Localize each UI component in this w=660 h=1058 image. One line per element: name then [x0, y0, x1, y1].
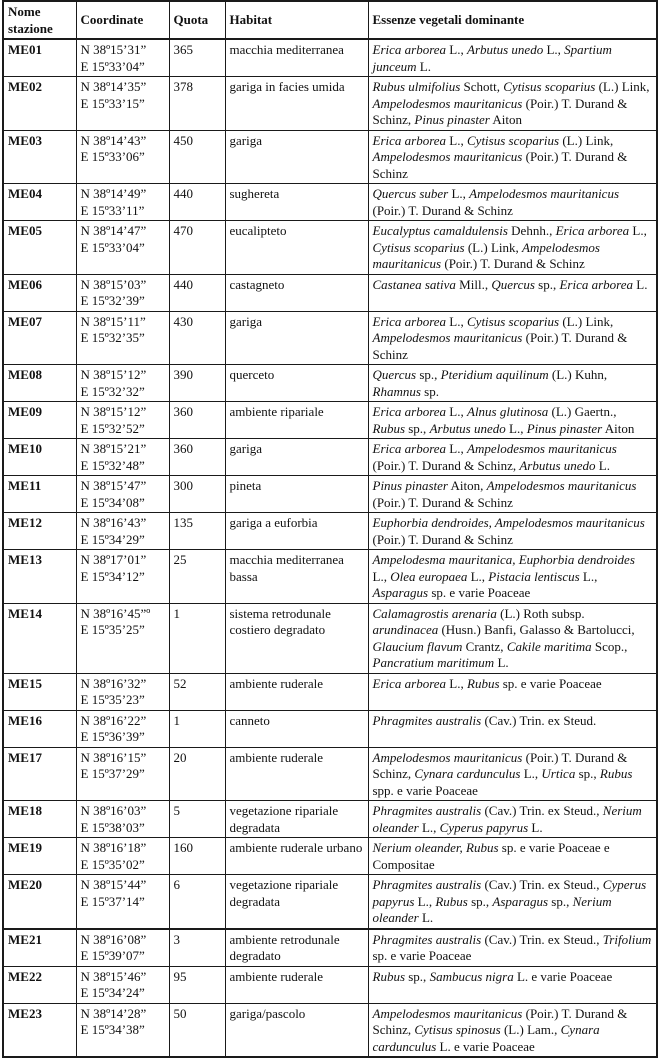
station-id: ME17 [3, 747, 76, 801]
station-habitat: ambiente ruderale [225, 673, 368, 710]
station-essenze: Euphorbia dendroides, Ampelodesmos mauri… [368, 513, 657, 550]
longitude: E 15º32’52” [81, 421, 145, 436]
longitude: E 15º33’06” [81, 149, 145, 164]
species-name: Ampelodesmos mauritanicus [487, 478, 637, 493]
longitude: E 15º33’11” [81, 203, 145, 218]
species-name: Arbutus unedo [519, 458, 595, 473]
latitude: N 38º15’11” [81, 314, 146, 329]
station-quota: 470 [169, 221, 225, 275]
station-id: ME08 [3, 365, 76, 402]
station-quota: 5 [169, 801, 225, 838]
station-id: ME20 [3, 875, 76, 929]
station-quota: 440 [169, 184, 225, 221]
station-quota: 360 [169, 402, 225, 439]
station-habitat: macchia mediterranea bassa [225, 550, 368, 604]
station-coordinates: N 38º16’43”E 15º34’29” [76, 513, 169, 550]
station-id: ME04 [3, 184, 76, 221]
station-habitat: ambiente ripariale [225, 402, 368, 439]
station-id: ME11 [3, 476, 76, 513]
stations-table: Nome stazione Coordinate Quota Habitat E… [2, 0, 658, 1026]
table-row: ME09 N 38º15’12”E 15º32’52” 360 ambiente… [3, 402, 657, 439]
species-name: Phragmites australis [373, 932, 482, 947]
station-essenze: Phragmites australis (Cav.) Trin. ex Ste… [368, 801, 657, 838]
species-name: Euphorbia dendroides, Ampelodesmos mauri… [373, 515, 645, 530]
station-habitat: gariga a euforbia [225, 513, 368, 550]
station-id: ME13 [3, 550, 76, 604]
station-coordinates: N 38º15’12”E 15º32’32” [76, 365, 169, 402]
station-habitat: vegetazione ripariale degradata [225, 801, 368, 838]
station-coordinates: N 38º16’08”E 15º39’07” [76, 929, 169, 967]
species-name: Rubus ulmifolius [373, 79, 461, 94]
latitude: N 38º15’46” [81, 969, 147, 984]
station-id: ME18 [3, 801, 76, 838]
species-name: Pinus pinaster [373, 478, 448, 493]
species-name: Asparagus [373, 585, 429, 600]
longitude: E 15º34’08” [81, 495, 145, 510]
station-habitat: eucalipteto [225, 221, 368, 275]
station-coordinates: N 38º16’22”E 15º36’39” [76, 710, 169, 747]
station-essenze: Castanea sativa Mill., Quercus sp., Eric… [368, 274, 657, 311]
species-name: Arbutus unedo [430, 421, 506, 436]
longitude: E 15º36’39” [81, 729, 145, 744]
species-name: Asparagus [492, 894, 548, 909]
station-quota: 1 [169, 710, 225, 747]
station-coordinates: N 38º17’01”E 15º34’12” [76, 550, 169, 604]
species-name: Erica arborea [373, 42, 447, 57]
latitude: N 38º16’08” [81, 932, 147, 947]
station-essenze: Erica arborea L., Arbutus unedo L., Spar… [368, 39, 657, 77]
species-name: Ampelodesma mauritanica, Euphorbia dendr… [373, 552, 635, 567]
latitude: N 38º15’47” [81, 478, 147, 493]
station-essenze: Calamagrostis arenaria (L.) Roth subsp. … [368, 603, 657, 673]
station-id: ME15 [3, 673, 76, 710]
station-coordinates: N 38º16’32”E 15º35’23” [76, 673, 169, 710]
longitude: E 15º34’24” [81, 985, 145, 1000]
longitude: E 15º32’48” [81, 458, 145, 473]
species-name: Quercus suber [373, 186, 449, 201]
latitude: N 38º16’32” [81, 676, 147, 691]
station-quota: 365 [169, 39, 225, 77]
species-name: Ampelodesmos mauritanicus [373, 149, 523, 164]
species-name: Nerium oleander, Rubus [373, 840, 499, 855]
station-essenze: Rubus sp., Sambucus nigra L. e varie Poa… [368, 966, 657, 1003]
table-row: ME18 N 38º16’03”E 15º38’03” 5 vegetazion… [3, 801, 657, 838]
table-row: ME17 N 38º16’15”E 15º37’29” 20 ambiente … [3, 747, 657, 801]
station-coordinates: N 38º14’43”E 15º33’06” [76, 130, 169, 184]
species-name: Glaucium flavum [373, 639, 463, 654]
station-id: ME06 [3, 274, 76, 311]
table-row: ME02 N 38º14’35”E 15º33’15” 378 gariga i… [3, 77, 657, 131]
species-name: Castanea sativa [373, 277, 456, 292]
species-name: Erica arborea [373, 676, 447, 691]
species-name: Erica arborea [556, 223, 630, 238]
table-row: ME23 N 38º14’28”E 15º34’38” 50 gariga/pa… [3, 1003, 657, 1026]
longitude: E 15º34’38” [81, 1022, 145, 1026]
table-row: ME03 N 38º14’43”E 15º33’06” 450 gariga E… [3, 130, 657, 184]
station-essenze: Erica arborea L., Ampelodesmos mauritani… [368, 439, 657, 476]
header-essenze: Essenze vegetali dominante [368, 1, 657, 39]
station-quota: 360 [169, 439, 225, 476]
station-id: ME19 [3, 838, 76, 875]
longitude: E 15º38’03” [81, 820, 145, 835]
species-name: Cytisus scoparius [503, 79, 595, 94]
latitude: N 38º15’21” [81, 441, 147, 456]
station-habitat: pineta [225, 476, 368, 513]
species-name: Phragmites australis [373, 803, 482, 818]
table-row: ME05 N 38º14’47”E 15º33’04” 470 eucalipt… [3, 221, 657, 275]
station-essenze: Nerium oleander, Rubus sp. e varie Poace… [368, 838, 657, 875]
station-id: ME14 [3, 603, 76, 673]
station-quota: 52 [169, 673, 225, 710]
longitude: E 15º33’04” [81, 240, 145, 255]
species-name: Arbutus unedo [467, 42, 543, 57]
station-quota: 1 [169, 603, 225, 673]
station-essenze: Pinus pinaster Aiton, Ampelodesmos mauri… [368, 476, 657, 513]
latitude: N 38º16’18” [81, 840, 147, 855]
station-coordinates: N 38º16’15”E 15º37’29” [76, 747, 169, 801]
latitude: N 38º14’47” [81, 223, 147, 238]
table-row: ME04 N 38º14’49”E 15º33’11” 440 sugheret… [3, 184, 657, 221]
station-id: ME02 [3, 77, 76, 131]
table-row: ME11 N 38º15’47”E 15º34’08” 300 pineta P… [3, 476, 657, 513]
table-row: ME19 N 38º16’18”E 15º35’02” 160 ambiente… [3, 838, 657, 875]
station-quota: 6 [169, 875, 225, 929]
species-name: arundinacea [373, 622, 439, 637]
table-row: ME01 N 38º15’31”E 15º33’04” 365 macchia … [3, 39, 657, 77]
station-quota: 440 [169, 274, 225, 311]
species-name: Quercus [373, 367, 417, 382]
longitude: E 15º33’04” [81, 59, 145, 74]
species-name: Cytisus scoparius [467, 314, 559, 329]
station-habitat: sughereta [225, 184, 368, 221]
longitude: E 15º34’29” [81, 532, 145, 547]
header-coordinate: Coordinate [76, 1, 169, 39]
species-name: Erica arborea [559, 277, 633, 292]
station-quota: 378 [169, 77, 225, 131]
station-quota: 430 [169, 311, 225, 365]
station-coordinates: N 38º16’18”E 15º35’02” [76, 838, 169, 875]
station-id: ME16 [3, 710, 76, 747]
station-coordinates: N 38º15’21”E 15º32’48” [76, 439, 169, 476]
latitude: N 38º16’15” [81, 750, 147, 765]
latitude: N 38º15’44” [81, 877, 147, 892]
latitude: N 38º14’28” [81, 1006, 147, 1021]
station-habitat: vegetazione ripariale degradata [225, 875, 368, 929]
station-coordinates: N 38º14’47”E 15º33’04” [76, 221, 169, 275]
species-name: Calamagrostis arenaria [373, 606, 497, 621]
latitude: N 38º15’12” [81, 404, 147, 419]
species-name: Cakile maritima [507, 639, 592, 654]
longitude: E 15º32’39” [81, 293, 145, 308]
table-row: ME10 N 38º15’21”E 15º32’48” 360 gariga E… [3, 439, 657, 476]
station-quota: 50 [169, 1003, 225, 1026]
species-name: Sambucus nigra [430, 969, 514, 984]
species-name: Cynara cardunculus [414, 766, 520, 781]
station-habitat: sistema retrodunale costiero degradato [225, 603, 368, 673]
station-id: ME01 [3, 39, 76, 77]
header-nome-stazione: Nome stazione [3, 1, 76, 39]
species-name: Rubus [373, 421, 406, 436]
station-id: ME22 [3, 966, 76, 1003]
species-name: Erica arborea [373, 314, 447, 329]
species-name: Ampelodesmos mauritanicus [467, 441, 617, 456]
species-name: Urtica [541, 766, 575, 781]
station-coordinates: N 38º15’03”E 15º32’39” [76, 274, 169, 311]
station-essenze: Phragmites australis (Cav.) Trin. ex Ste… [368, 875, 657, 929]
station-essenze: Quercus suber L., Ampelodesmos mauritani… [368, 184, 657, 221]
station-id: ME10 [3, 439, 76, 476]
species-name: Cytisus scoparius [373, 240, 465, 255]
species-name: Cyperus papyrus [440, 820, 528, 835]
longitude: E 15º35’23” [81, 692, 145, 707]
station-quota: 300 [169, 476, 225, 513]
station-id: ME05 [3, 221, 76, 275]
station-id: ME21 [3, 929, 76, 967]
species-name: Rubus [373, 969, 406, 984]
station-quota: 3 [169, 929, 225, 967]
header-habitat: Habitat [225, 1, 368, 39]
station-id: ME23 [3, 1003, 76, 1026]
station-habitat: gariga [225, 130, 368, 184]
station-habitat: macchia mediterranea [225, 39, 368, 77]
station-coordinates: N 38º15’12”E 15º32’52” [76, 402, 169, 439]
station-habitat: gariga in facies umida [225, 77, 368, 131]
table-row: ME12 N 38º16’43”E 15º34’29” 135 gariga a… [3, 513, 657, 550]
station-essenze: Phragmites australis (Cav.) Trin. ex Ste… [368, 929, 657, 967]
station-coordinates: N 38º14’49”E 15º33’11” [76, 184, 169, 221]
species-name: Pteridium aquilinum [441, 367, 549, 382]
station-quota: 390 [169, 365, 225, 402]
table-row: ME15 N 38º16’32”E 15º35’23” 52 ambiente … [3, 673, 657, 710]
table-row: ME07 N 38º15’11”E 15º32’35” 430 gariga E… [3, 311, 657, 365]
longitude: E 15º32’32” [81, 384, 145, 399]
station-habitat: canneto [225, 710, 368, 747]
station-essenze: Erica arborea L., Cytisus scoparius (L.)… [368, 130, 657, 184]
station-quota: 95 [169, 966, 225, 1003]
species-name: Ampelodesmos mauritanicus [469, 186, 619, 201]
station-coordinates: N 38º14’35”E 15º33’15” [76, 77, 169, 131]
station-coordinates: N 38º15’46”E 15º34’24” [76, 966, 169, 1003]
station-essenze: Rubus ulmifolius Schott, Cytisus scopari… [368, 77, 657, 131]
species-name: Rhamnus [373, 384, 421, 399]
species-name: Pancratium maritimum [373, 655, 495, 670]
longitude: E 15º37’14” [81, 894, 145, 909]
station-habitat: ambiente retrodunale degradato [225, 929, 368, 967]
species-name: Erica arborea [373, 133, 447, 148]
species-name: Rubus [435, 894, 468, 909]
table-row: ME21 N 38º16’08”E 15º39’07” 3 ambiente r… [3, 929, 657, 967]
latitude: N 38º15’31” [81, 42, 147, 57]
species-name: Phragmites australis [373, 713, 482, 728]
table-row: ME16 N 38º16’22”E 15º36’39” 1 canneto Ph… [3, 710, 657, 747]
latitude: N 38º16’43” [81, 515, 147, 530]
species-name: Phragmites australis [373, 877, 482, 892]
station-essenze: Phragmites australis (Cav.) Trin. ex Ste… [368, 710, 657, 747]
station-habitat: castagneto [225, 274, 368, 311]
longitude: E 15º39’07” [81, 948, 145, 963]
table-row: ME20 N 38º15’44”E 15º37’14” 6 vegetazion… [3, 875, 657, 929]
station-coordinates: N 38º15’44”E 15º37’14” [76, 875, 169, 929]
station-essenze: Erica arborea L., Alnus glutinosa (L.) G… [368, 402, 657, 439]
station-coordinates: N 38º15’47”E 15º34’08” [76, 476, 169, 513]
station-habitat: ambiente ruderale urbano [225, 838, 368, 875]
station-coordinates: N 38º15’31”E 15º33’04” [76, 39, 169, 77]
species-name: Pistacia lentiscus [488, 569, 579, 584]
station-essenze: Erica arborea L., Rubus sp. e varie Poac… [368, 673, 657, 710]
station-id: ME03 [3, 130, 76, 184]
species-name: Erica arborea [373, 404, 447, 419]
station-id: ME09 [3, 402, 76, 439]
latitude: N 38º16’22” [81, 713, 147, 728]
station-habitat: ambiente ruderale [225, 747, 368, 801]
station-essenze: Erica arborea L., Cytisus scoparius (L.)… [368, 311, 657, 365]
header-row: Nome stazione Coordinate Quota Habitat E… [3, 1, 657, 39]
species-name: Ampelodesmos mauritanicus [373, 1006, 523, 1021]
station-habitat: querceto [225, 365, 368, 402]
table-body: ME01 N 38º15’31”E 15º33’04” 365 macchia … [3, 39, 657, 1026]
station-essenze: Ampelodesma mauritanica, Euphorbia dendr… [368, 550, 657, 604]
species-name: Pinus pinaster [527, 421, 602, 436]
species-name: Erica arborea [373, 441, 447, 456]
latitude: N 38º16’03” [81, 803, 147, 818]
species-name: Rubus [600, 766, 633, 781]
station-essenze: Eucalyptus camaldulensis Dehnh., Erica a… [368, 221, 657, 275]
station-coordinates: N 38º14’28”E 15º34’38” [76, 1003, 169, 1026]
table-header: Nome stazione Coordinate Quota Habitat E… [3, 1, 657, 39]
station-coordinates: N 38º16’03”E 15º38’03” [76, 801, 169, 838]
latitude: N 38º15’03” [81, 277, 147, 292]
station-habitat: gariga [225, 311, 368, 365]
species-name: Alnus glutinosa [467, 404, 548, 419]
latitude: N 38º16’45”º [81, 606, 151, 621]
station-quota: 135 [169, 513, 225, 550]
species-name: Cytisus scoparius [467, 133, 559, 148]
species-name: Pinus pinaster [414, 112, 489, 127]
station-quota: 25 [169, 550, 225, 604]
longitude: E 15º35’02” [81, 857, 145, 872]
species-name: Quercus [491, 277, 535, 292]
species-name: Trifolium [603, 932, 651, 947]
longitude: E 15º33’15” [81, 96, 145, 111]
station-essenze: Quercus sp., Pteridium aquilinum (L.) Ku… [368, 365, 657, 402]
species-name: Cytisus spinosus [414, 1022, 500, 1026]
longitude: E 15º37’29” [81, 766, 145, 781]
station-habitat: gariga/pascolo [225, 1003, 368, 1026]
table-row: ME08 N 38º15’12”E 15º32’32” 390 querceto… [3, 365, 657, 402]
longitude: E 15º32’35” [81, 330, 145, 345]
species-name: Ampelodesmos mauritanicus [373, 750, 523, 765]
longitude: E 15º34’12” [81, 569, 145, 584]
header-quota: Quota [169, 1, 225, 39]
station-id: ME12 [3, 513, 76, 550]
latitude: N 38º17’01” [81, 552, 147, 567]
species-name: Eucalyptus camaldulensis [373, 223, 508, 238]
station-habitat: gariga [225, 439, 368, 476]
station-id: ME07 [3, 311, 76, 365]
station-quota: 160 [169, 838, 225, 875]
station-coordinates: N 38º15’11”E 15º32’35” [76, 311, 169, 365]
table-row: ME14 N 38º16’45”ºE 15º35’25” 1 sistema r… [3, 603, 657, 673]
station-quota: 450 [169, 130, 225, 184]
longitude: E 15º35’25” [81, 622, 145, 637]
station-quota: 20 [169, 747, 225, 801]
station-coordinates: N 38º16’45”ºE 15º35’25” [76, 603, 169, 673]
species-name: Rubus [467, 676, 500, 691]
table-row: ME06 N 38º15’03”E 15º32’39” 440 castagne… [3, 274, 657, 311]
station-habitat: ambiente ruderale [225, 966, 368, 1003]
latitude: N 38º15’12” [81, 367, 147, 382]
station-essenze: Ampelodesmos mauritanicus (Poir.) T. Dur… [368, 747, 657, 801]
latitude: N 38º14’49” [81, 186, 147, 201]
latitude: N 38º14’43” [81, 133, 147, 148]
species-name: Ampelodesmos mauritanicus [373, 330, 523, 345]
species-name: Olea europaea [390, 569, 467, 584]
table-row: ME13 N 38º17’01”E 15º34’12” 25 macchia m… [3, 550, 657, 604]
species-name: Ampelodesmos mauritanicus [373, 96, 523, 111]
station-essenze: Ampelodesmos mauritanicus (Poir.) T. Dur… [368, 1003, 657, 1026]
table-row: ME22 N 38º15’46”E 15º34’24” 95 ambiente … [3, 966, 657, 1003]
latitude: N 38º14’35” [81, 79, 147, 94]
